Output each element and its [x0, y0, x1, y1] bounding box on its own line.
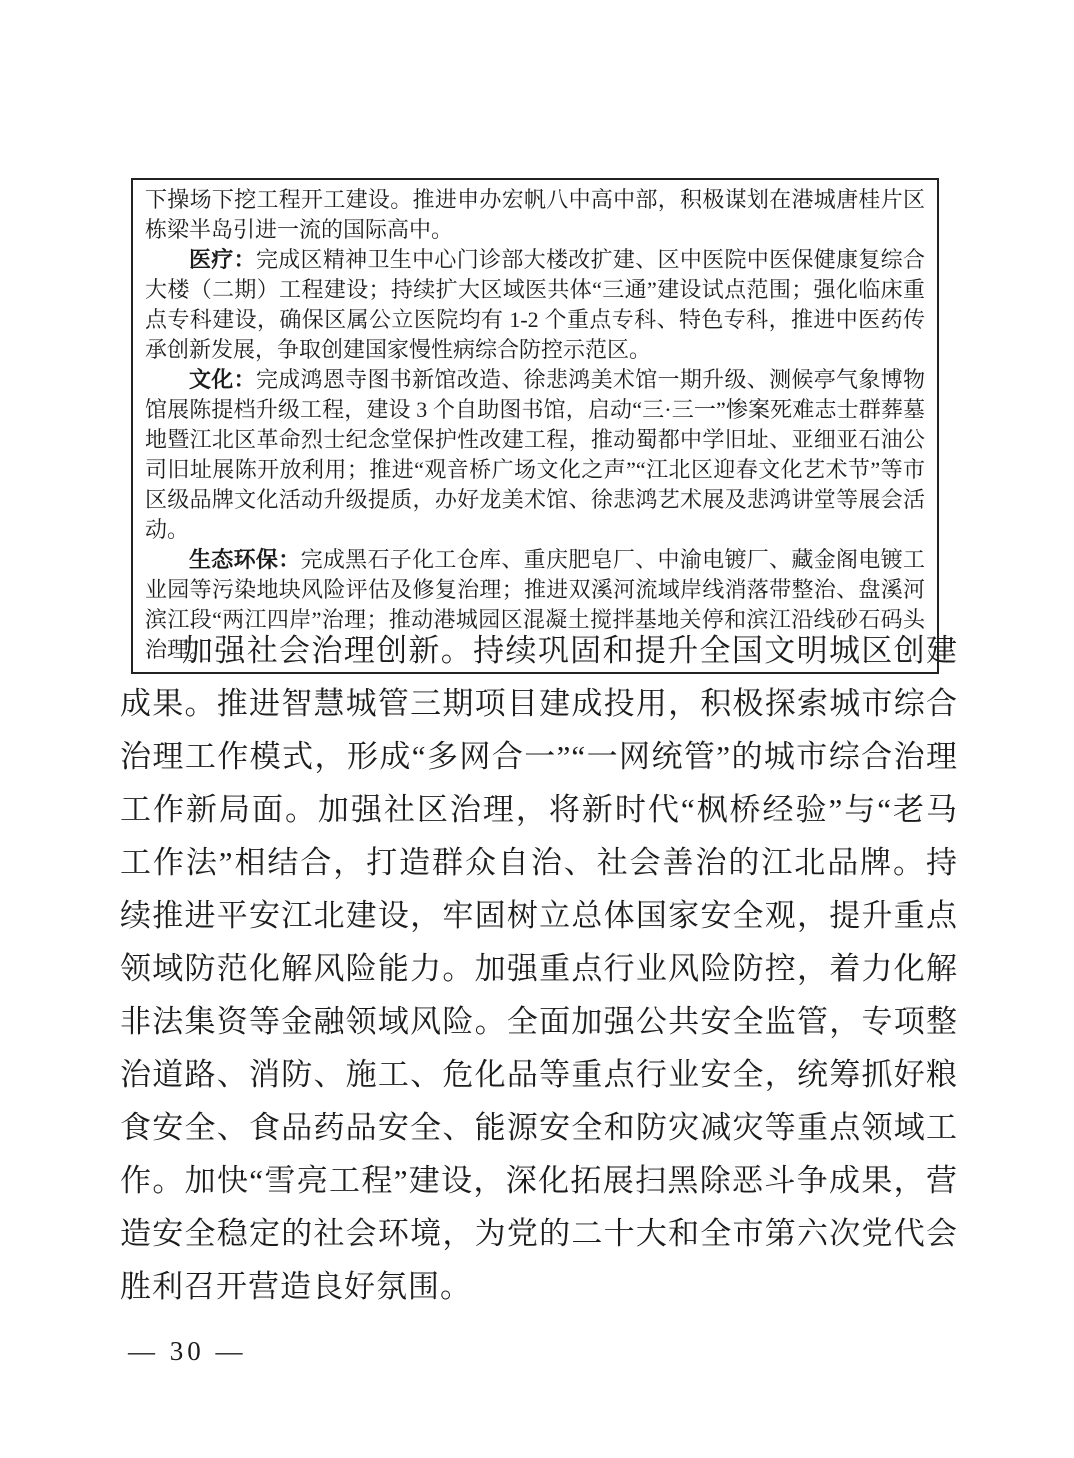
box-paragraph-culture: 文化：完成鸿恩寺图书新馆改造、徐悲鸿美术馆一期升级、测候亭气象博物馆展陈提档升级… — [145, 365, 925, 545]
paragraph-label: 文化： — [189, 367, 256, 392]
box-paragraph-medical: 医疗：完成区精神卫生中心门诊部大楼改扩建、区中医院中医保健康复综合大楼（二期）工… — [145, 245, 925, 365]
paragraph-text: 完成鸿恩寺图书新馆改造、徐悲鸿美术馆一期升级、测候亭气象博物馆展陈提档升级工程，… — [145, 367, 925, 542]
paragraph-text: 下操场下挖工程开工建设。推进申办宏帆八中高中部，积极谋划在港城唐桂片区栋梁半岛引… — [145, 187, 925, 242]
excerpt-box: 下操场下挖工程开工建设。推进申办宏帆八中高中部，积极谋划在港城唐桂片区栋梁半岛引… — [131, 178, 939, 674]
document-page: 下操场下挖工程开工建设。推进申办宏帆八中高中部，积极谋划在港城唐桂片区栋梁半岛引… — [0, 0, 1074, 1458]
page-number: — 30 — — [128, 1336, 247, 1367]
paragraph-label: 生态环保： — [189, 547, 301, 572]
paragraph-text: 完成区精神卫生中心门诊部大楼改扩建、区中医院中医保健康复综合大楼（二期）工程建设… — [145, 247, 925, 362]
paragraph-label: 医疗： — [189, 247, 256, 272]
box-paragraph-intro: 下操场下挖工程开工建设。推进申办宏帆八中高中部，积极谋划在港城唐桂片区栋梁半岛引… — [145, 185, 925, 245]
body-paragraph: 加强社会治理创新。持续巩固和提升全国文明城区创建成果。推进智慧城管三期项目建成投… — [120, 624, 958, 1313]
